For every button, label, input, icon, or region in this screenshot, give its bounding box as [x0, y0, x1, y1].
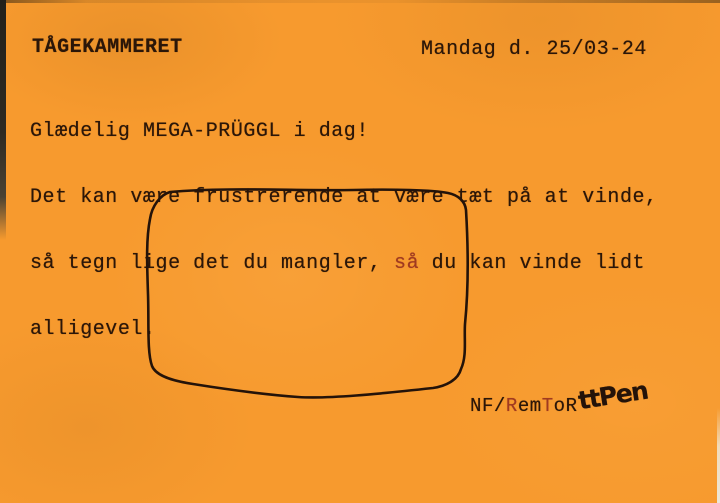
signature: NF/RemToR: [470, 395, 578, 417]
page-title: TÅGEKAMMERET: [32, 36, 183, 59]
signature-a: NF/: [470, 395, 506, 417]
hand-drawn-box-outline: [147, 189, 468, 397]
date-text: Mandag d. 25/03-24: [421, 38, 647, 61]
scan-edge-left: [0, 0, 6, 240]
signature-d-red: T: [542, 395, 554, 417]
signature-c: em: [518, 395, 542, 417]
signature-e: oR: [554, 395, 578, 417]
hand-drawn-box: [138, 184, 478, 406]
scan-edge-top: [0, 0, 720, 3]
signature-b-red: R: [506, 395, 518, 417]
body-line-1: Glædelig MEGA-PRÜGGL i dag!: [30, 121, 658, 143]
note-card: TÅGEKAMMERET Mandag d. 25/03-24 Glædelig…: [0, 0, 720, 503]
